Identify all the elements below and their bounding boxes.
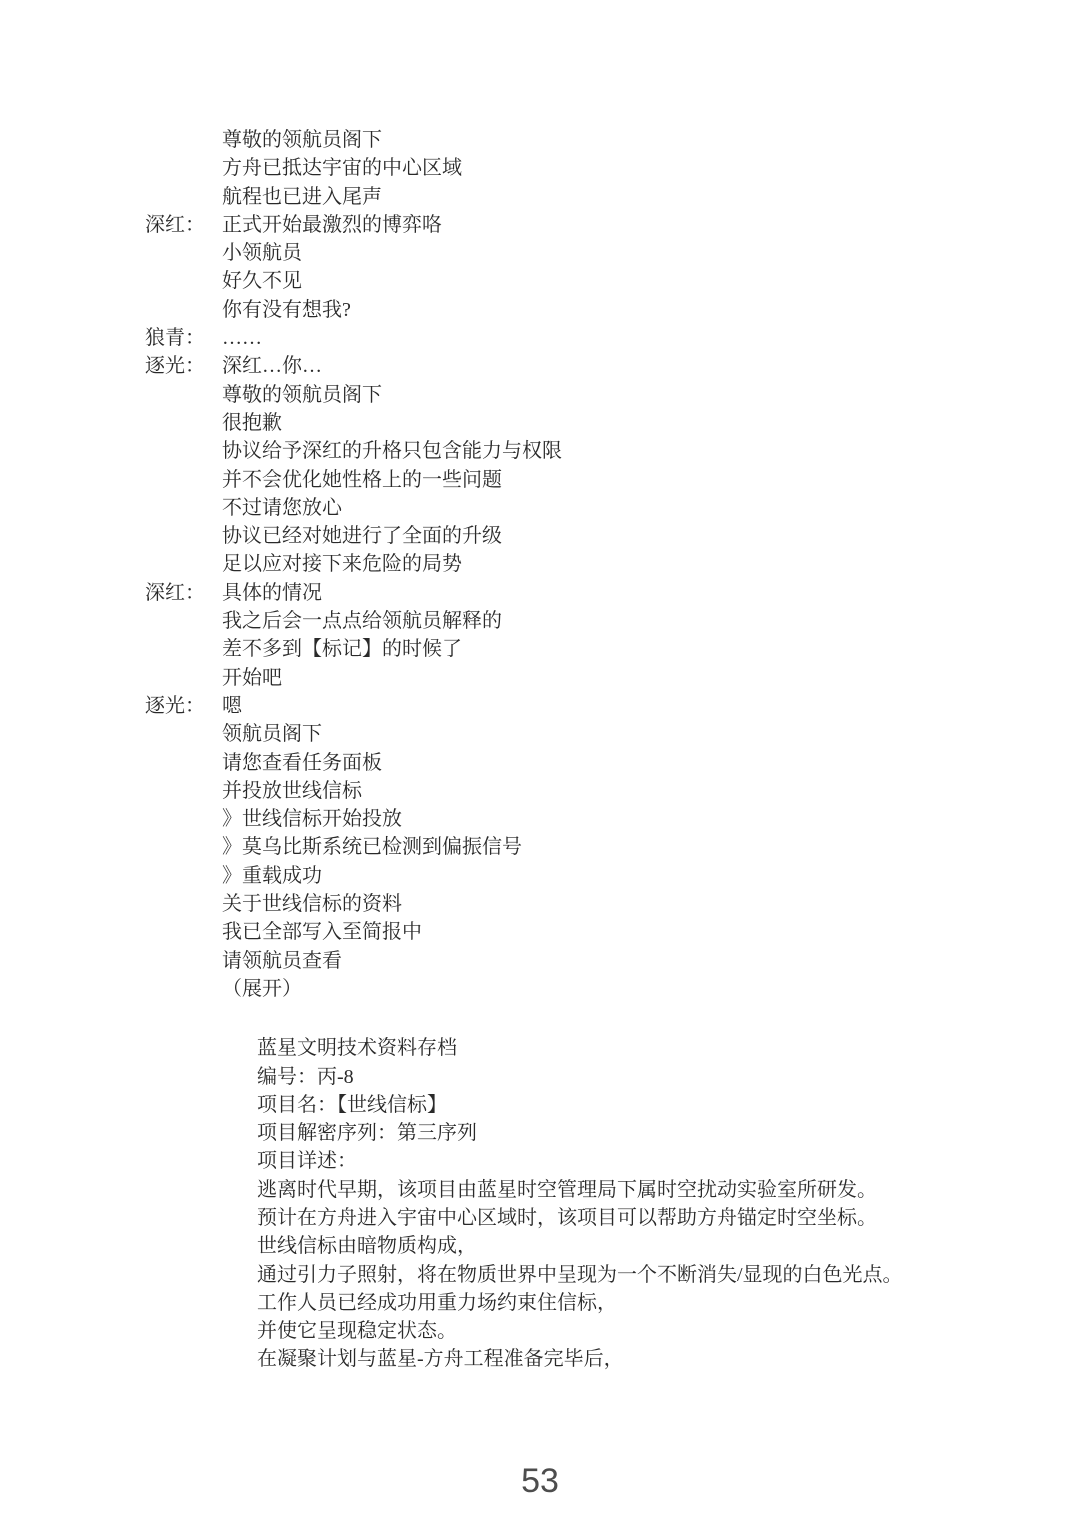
- dialogue-line: 好久不见: [145, 267, 903, 295]
- dialogue-text: 我已全部写入至简报中: [222, 918, 422, 946]
- script-text-block: 尊敬的领航员阁下方舟已抵达宇宙的中心区域航程也已进入尾声深红：正式开始最激烈的博…: [145, 126, 903, 1374]
- dialogue-line: 方舟已抵达宇宙的中心区域: [145, 154, 903, 182]
- dialogue-line: 关于世线信标的资料: [145, 890, 903, 918]
- dialogue-text: 差不多到【标记】的时候了: [222, 635, 462, 663]
- archive-line: 逃离时代早期，该项目由蓝星时空管理局下属时空扰动实验室所研发。: [257, 1176, 903, 1204]
- dialogue-line: 狼青：……: [145, 324, 903, 352]
- dialogue-line: 我已全部写入至简报中: [145, 918, 903, 946]
- document-page: 尊敬的领航员阁下方舟已抵达宇宙的中心区域航程也已进入尾声深红：正式开始最激烈的博…: [0, 0, 1080, 1527]
- archive-line: 世线信标由暗物质构成，: [257, 1232, 903, 1260]
- dialogue-line: 》莫乌比斯系统已检测到偏振信号: [145, 833, 903, 861]
- dialogue-text: 尊敬的领航员阁下: [222, 381, 382, 409]
- speaker-label: 逐光：: [145, 352, 222, 380]
- dialogue-text: 具体的情况: [222, 579, 322, 607]
- dialogue-text: 》重载成功: [222, 862, 322, 890]
- dialogue-line: 小领航员: [145, 239, 903, 267]
- dialogue-text: 请领航员查看: [222, 947, 342, 975]
- page-number: 53: [0, 1462, 1080, 1501]
- dialogue-line: 你有没有想我?: [145, 296, 903, 324]
- dialogue-line: 我之后会一点点给领航员解释的: [145, 607, 903, 635]
- dialogue-text: 协议已经对她进行了全面的升级: [222, 522, 502, 550]
- dialogue-text: 不过请您放心: [222, 494, 342, 522]
- dialogue-text: 》莫乌比斯系统已检测到偏振信号: [222, 833, 522, 861]
- dialogue-text: 协议给予深红的升格只包含能力与权限: [222, 437, 562, 465]
- archive-line: 并使它呈现稳定状态。: [257, 1317, 903, 1345]
- dialogue-text: （展开）: [222, 975, 302, 1003]
- archive-line: 工作人员已经成功用重力场约束住信标，: [257, 1289, 903, 1317]
- dialogue-text: 并不会优化她性格上的一些问题: [222, 466, 502, 494]
- dialogue-line: 并投放世线信标: [145, 777, 903, 805]
- archive-line: 项目解密序列：第三序列: [257, 1119, 903, 1147]
- dialogue-line: 逐光：深红…你…: [145, 352, 903, 380]
- dialogue-text: 我之后会一点点给领航员解释的: [222, 607, 502, 635]
- dialogue-text: 足以应对接下来危险的局势: [222, 550, 462, 578]
- dialogue-text: 领航员阁下: [222, 720, 322, 748]
- dialogue-line: 尊敬的领航员阁下: [145, 381, 903, 409]
- dialogue-text: 》世线信标开始投放: [222, 805, 402, 833]
- dialogue-line: 》世线信标开始投放: [145, 805, 903, 833]
- dialogue-line: 开始吧: [145, 664, 903, 692]
- dialogue-text: 小领航员: [222, 239, 302, 267]
- dialogue-text: 请您查看任务面板: [222, 749, 382, 777]
- dialogue-line: 足以应对接下来危险的局势: [145, 550, 903, 578]
- dialogue-line: 请领航员查看: [145, 947, 903, 975]
- dialogue-line: 请您查看任务面板: [145, 749, 903, 777]
- dialogue-text: 正式开始最激烈的博弈咯: [222, 211, 442, 239]
- archive-block: 蓝星文明技术资料存档编号：丙-8项目名：【世线信标】项目解密序列：第三序列项目详…: [257, 1034, 903, 1374]
- speaker-label: 逐光：: [145, 692, 222, 720]
- dialogue-text: 并投放世线信标: [222, 777, 362, 805]
- dialogue-text: 航程也已进入尾声: [222, 183, 382, 211]
- archive-line: 项目名：【世线信标】: [257, 1091, 903, 1119]
- dialogue-line: 不过请您放心: [145, 494, 903, 522]
- dialogue-line: 深红：具体的情况: [145, 579, 903, 607]
- archive-line: 预计在方舟进入宇宙中心区域时，该项目可以帮助方舟锚定时空坐标。: [257, 1204, 903, 1232]
- archive-line: 在凝聚计划与蓝星-方舟工程准备完毕后，: [257, 1345, 903, 1373]
- dialogue-line: 深红：正式开始最激烈的博弈咯: [145, 211, 903, 239]
- speaker-label: 深红：: [145, 211, 222, 239]
- dialogue-text: 关于世线信标的资料: [222, 890, 402, 918]
- dialogue-line: 领航员阁下: [145, 720, 903, 748]
- dialogue-line: 差不多到【标记】的时候了: [145, 635, 903, 663]
- dialogue-text: 方舟已抵达宇宙的中心区域: [222, 154, 462, 182]
- dialogue-line: 尊敬的领航员阁下: [145, 126, 903, 154]
- dialogue-text: 很抱歉: [222, 409, 282, 437]
- dialogue-text: ……: [222, 324, 262, 352]
- dialogue-line: 逐光：嗯: [145, 692, 903, 720]
- dialogue-line: 航程也已进入尾声: [145, 183, 903, 211]
- dialogue-line: 很抱歉: [145, 409, 903, 437]
- archive-line: 蓝星文明技术资料存档: [257, 1034, 903, 1062]
- dialogue-text: 开始吧: [222, 664, 282, 692]
- dialogue-text: 嗯: [222, 692, 242, 720]
- dialogue-line: 协议给予深红的升格只包含能力与权限: [145, 437, 903, 465]
- dialogue-text: 尊敬的领航员阁下: [222, 126, 382, 154]
- dialogue-line: 并不会优化她性格上的一些问题: [145, 466, 903, 494]
- dialogue-line: （展开）: [145, 975, 903, 1003]
- archive-line: 编号：丙-8: [257, 1063, 903, 1091]
- archive-line: 通过引力子照射，将在物质世界中呈现为一个不断消失/显现的白色光点。: [257, 1261, 903, 1289]
- archive-line: 项目详述：: [257, 1147, 903, 1175]
- dialogue-text: 深红…你…: [222, 352, 322, 380]
- dialogue-text: 好久不见: [222, 267, 302, 295]
- dialogue-block: 尊敬的领航员阁下方舟已抵达宇宙的中心区域航程也已进入尾声深红：正式开始最激烈的博…: [145, 126, 903, 1003]
- speaker-label: 狼青：: [145, 324, 222, 352]
- speaker-label: 深红：: [145, 579, 222, 607]
- dialogue-text: 你有没有想我?: [222, 296, 351, 324]
- dialogue-line: 》重载成功: [145, 862, 903, 890]
- dialogue-line: 协议已经对她进行了全面的升级: [145, 522, 903, 550]
